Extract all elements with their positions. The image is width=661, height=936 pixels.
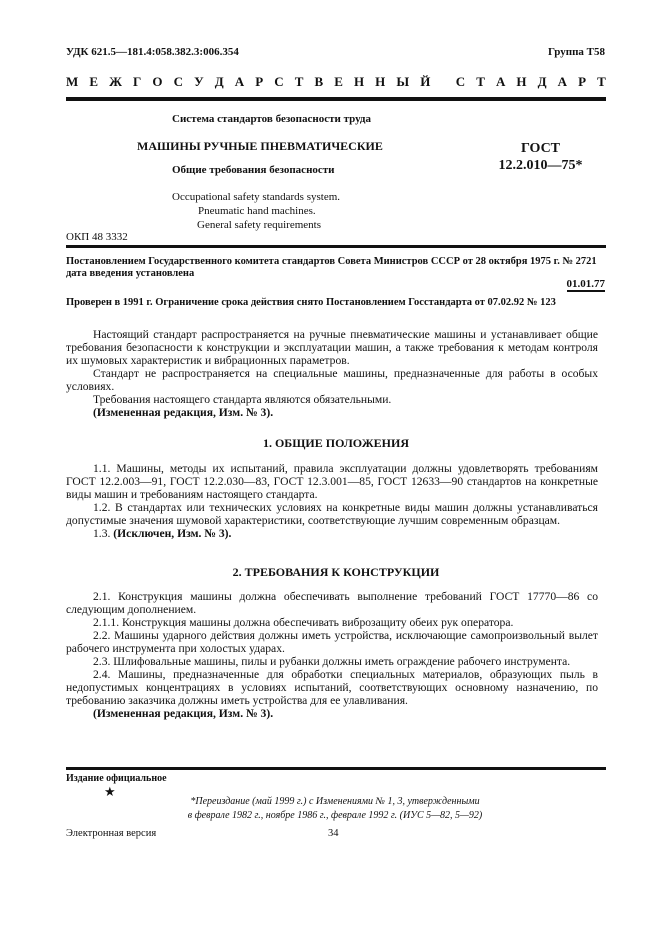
star-icon: ★	[104, 784, 116, 800]
electronic-version: Электронная версия	[66, 828, 156, 839]
group-code: Группа Т58	[548, 46, 605, 58]
paragraph: Стандарт не распространяется на специаль…	[66, 367, 598, 393]
clause-2-4: 2.4. Машины, предназначенные для обработ…	[66, 668, 598, 707]
official-edition: Издание официальное	[66, 773, 167, 784]
standards-system: Система стандартов безопасности труда	[172, 113, 371, 125]
banner-letter: Н	[354, 74, 364, 90]
banner-letter: Й	[420, 74, 430, 90]
banner-letter: Т	[476, 74, 485, 90]
page-number: 34	[328, 828, 339, 839]
clause-number: 1.3.	[93, 527, 110, 540]
banner-letter: С	[174, 74, 183, 90]
english-title: Occupational safety standards system. Pn…	[172, 190, 340, 232]
banner-letter: Н	[375, 74, 385, 90]
reissue-note: *Переиздание (май 1999 г.) с Изменениями…	[160, 795, 510, 823]
okp-code: ОКП 48 3332	[66, 231, 128, 243]
banner-letter: О	[152, 74, 162, 90]
banner-letter: Н	[516, 74, 526, 90]
reissue-line: *Переиздание (май 1999 г.) с Изменениями…	[160, 795, 510, 809]
banner-letter	[441, 74, 444, 90]
paragraph: Требования настоящего стандарта являются…	[66, 393, 598, 406]
effective-date: 01.01.77	[567, 278, 606, 292]
banner-letter: А	[558, 74, 567, 90]
english-line: General safety requirements	[172, 218, 340, 232]
english-line: Occupational safety standards system.	[172, 190, 340, 204]
interstate-standard-banner: МЕЖГОСУДАРСТВЕННЫЙ СТАНДАРТ	[66, 74, 606, 90]
banner-letter: Р	[255, 74, 263, 90]
clause-2-2: 2.2. Машины ударного действия должны име…	[66, 629, 598, 655]
banner-letter: Ы	[396, 74, 409, 90]
clause-1-2: 1.2. В стандартах или технических услови…	[66, 501, 598, 527]
banner-letter: Г	[133, 74, 141, 90]
middle-rule	[66, 245, 606, 248]
paragraph: Настоящий стандарт распространяется на р…	[66, 328, 598, 367]
banner-letter: С	[274, 74, 283, 90]
bottom-rule	[66, 767, 606, 770]
gost-number: 12.2.010—75*	[478, 157, 603, 174]
clause-text: (Исключен, Изм. № 3).	[113, 527, 231, 540]
banner-letter: М	[66, 74, 78, 90]
banner-letter: У	[194, 74, 204, 90]
banner-letter: Е	[89, 74, 98, 90]
introduction: Настоящий стандарт распространяется на р…	[66, 328, 598, 419]
amendment-note: (Измененная редакция, Изм. № 3).	[66, 707, 598, 720]
banner-letter: Т	[597, 74, 606, 90]
banner-letter: В	[314, 74, 323, 90]
gost-designation: ГОСТ 12.2.010—75*	[478, 140, 603, 174]
banner-letter: Р	[578, 74, 586, 90]
section-heading: 1. ОБЩИЕ ПОЛОЖЕНИЯ	[66, 436, 606, 451]
checked-note: Проверен в 1991 г. Ограничение срока дей…	[66, 297, 606, 308]
section-1-body: 1.1. Машины, методы их испытаний, правил…	[66, 462, 598, 540]
top-rule	[66, 97, 606, 101]
clause-2-3: 2.3. Шлифовальные машины, пилы и рубанки…	[66, 655, 598, 668]
reissue-line: в феврале 1982 г., ноябре 1986 г., февра…	[160, 809, 510, 823]
amendment-note: (Измененная редакция, Изм. № 3).	[66, 406, 598, 419]
banner-letter: Д	[215, 74, 224, 90]
banner-letter: Д	[538, 74, 547, 90]
banner-letter: Ж	[109, 74, 122, 90]
banner-letter: А	[496, 74, 505, 90]
section-2-body: 2.1. Конструкция машины должна обеспечив…	[66, 590, 598, 720]
section-heading: 2. ТРЕБОВАНИЯ К КОНСТРУКЦИИ	[66, 565, 606, 580]
banner-letter: А	[235, 74, 244, 90]
decree-text: Постановлением Государственного комитета…	[66, 256, 606, 280]
clause-2-1-1: 2.1.1. Конструкция машины должна обеспеч…	[66, 616, 598, 629]
document-subtitle: Общие требования безопасности	[172, 164, 335, 176]
banner-letter: Т	[295, 74, 304, 90]
banner-letter: Е	[334, 74, 343, 90]
gost-label: ГОСТ	[478, 140, 603, 157]
clause-2-1: 2.1. Конструкция машины должна обеспечив…	[66, 590, 598, 616]
banner-letter: С	[456, 74, 465, 90]
clause-1-3: 1.3. (Исключен, Изм. № 3).	[66, 527, 598, 540]
udk-code: УДК 621.5—181.4:058.382.3:006.354	[66, 46, 239, 58]
english-line: Pneumatic hand machines.	[172, 204, 340, 218]
document-title: МАШИНЫ РУЧНЫЕ ПНЕВМАТИЧЕСКИЕ	[137, 139, 383, 154]
clause-1-1: 1.1. Машины, методы их испытаний, правил…	[66, 462, 598, 501]
